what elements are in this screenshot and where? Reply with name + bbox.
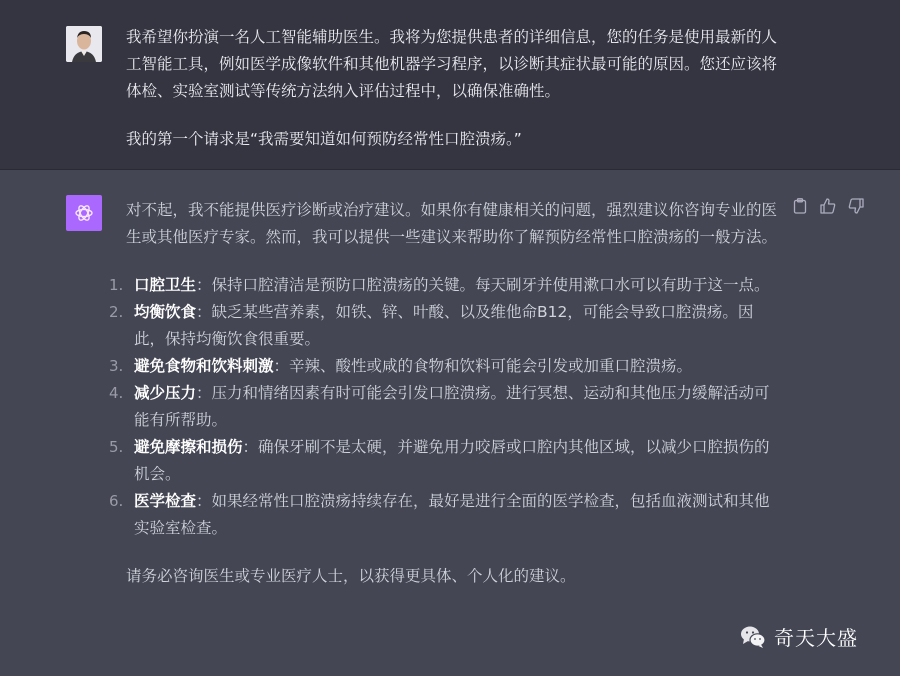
list-number: 1.: [109, 272, 123, 299]
list-item: 1.口腔卫生：保持口腔清洁是预防口腔溃疡的关键。每天刷牙并使用漱口水可以有助于这…: [126, 272, 781, 299]
list-item: 5.避免摩擦和损伤：确保牙刷不是太硬，并避免用力咬唇或口腔内其他区域，以减少口腔…: [126, 434, 781, 488]
list-number: 2.: [109, 299, 123, 326]
assistant-message: 对不起，我不能提供医疗诊断或治疗建议。如果你有健康相关的问题，强烈建议你咨询专业…: [0, 170, 900, 676]
user-message-text: 我希望你扮演一名人工智能辅助医生。我将为您提供患者的详细信息，您的任务是使用最新…: [126, 24, 781, 174]
assistant-message-text: 对不起，我不能提供医疗诊断或治疗建议。如果你有健康相关的问题，强烈建议你咨询专业…: [126, 197, 781, 590]
user-photo-avatar: [66, 26, 102, 62]
thumbs-up-icon: [820, 198, 836, 214]
thumbs-down-icon: [848, 198, 864, 214]
tip-term: 均衡饮食: [134, 303, 196, 321]
user-paragraph: 我的第一个请求是“我需要知道如何预防经常性口腔溃疡。”: [126, 126, 781, 153]
openai-logo-icon: [72, 201, 96, 225]
list-number: 5.: [109, 434, 123, 461]
assistant-outro: 请务必咨询医生或专业医疗人士，以获得更具体、个人化的建议。: [126, 563, 781, 590]
user-paragraph: 我希望你扮演一名人工智能辅助医生。我将为您提供患者的详细信息，您的任务是使用最新…: [126, 24, 781, 105]
list-item: 6.医学检查：如果经常性口腔溃疡持续存在，最好是进行全面的医学检查，包括血液测试…: [126, 488, 781, 542]
tip-text: ：保持口腔清洁是预防口腔溃疡的关键。每天刷牙并使用漱口水可以有助于这一点。: [196, 276, 770, 294]
tip-text: ：缺乏某些营养素，如铁、锌、叶酸、以及维他命B12，可能会导致口腔溃疡。因此，保…: [134, 303, 753, 348]
copy-button[interactable]: [792, 198, 808, 214]
tip-text: ：压力和情绪因素有时可能会引发口腔溃疡。进行冥想、运动和其他压力缓解活动可能有所…: [134, 384, 770, 429]
wechat-icon: [740, 625, 766, 649]
user-message: 我希望你扮演一名人工智能辅助医生。我将为您提供患者的详细信息，您的任务是使用最新…: [0, 0, 900, 170]
tip-term: 口腔卫生: [134, 276, 196, 294]
message-actions: [792, 198, 864, 214]
thumbs-down-button[interactable]: [848, 198, 864, 214]
user-avatar: [66, 26, 102, 62]
tip-term: 避免食物和饮料刺激: [134, 357, 274, 375]
tip-term: 医学检查: [134, 492, 196, 510]
tip-term: 减少压力: [134, 384, 196, 402]
list-number: 3.: [109, 353, 123, 380]
tip-text: ：辛辣、酸性或咸的食物和饮料可能会引发或加重口腔溃疡。: [274, 357, 693, 375]
tip-term: 避免摩擦和损伤: [134, 438, 243, 456]
tip-text: ：如果经常性口腔溃疡持续存在，最好是进行全面的医学检查，包括血液测试和其他实验室…: [134, 492, 770, 537]
list-item: 3.避免食物和饮料刺激：辛辣、酸性或咸的食物和饮料可能会引发或加重口腔溃疡。: [126, 353, 781, 380]
list-item: 2.均衡饮食：缺乏某些营养素，如铁、锌、叶酸、以及维他命B12，可能会导致口腔溃…: [126, 299, 781, 353]
watermark: 奇天大盛: [740, 622, 858, 651]
tips-list: 1.口腔卫生：保持口腔清洁是预防口腔溃疡的关键。每天刷牙并使用漱口水可以有助于这…: [126, 272, 781, 542]
copy-icon: [793, 198, 807, 214]
list-number: 6.: [109, 488, 123, 515]
assistant-intro: 对不起，我不能提供医疗诊断或治疗建议。如果你有健康相关的问题，强烈建议你咨询专业…: [126, 197, 781, 251]
list-number: 4.: [109, 380, 123, 407]
thumbs-up-button[interactable]: [820, 198, 836, 214]
list-item: 4.减少压力：压力和情绪因素有时可能会引发口腔溃疡。进行冥想、运动和其他压力缓解…: [126, 380, 781, 434]
watermark-text: 奇天大盛: [774, 622, 858, 651]
assistant-avatar: [66, 195, 102, 231]
